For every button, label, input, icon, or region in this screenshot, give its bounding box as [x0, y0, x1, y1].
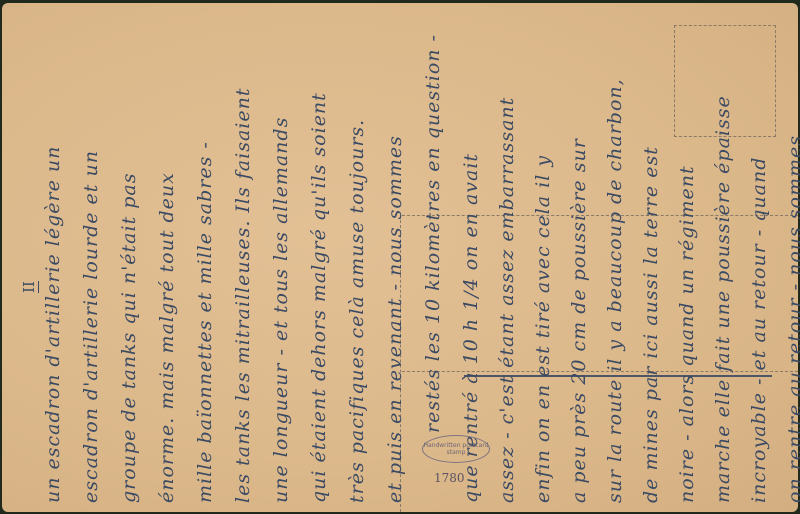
- text-line: incroyable - et au retour - quand: [748, 157, 770, 503]
- text-line: et puis en revenant - nous sommes: [384, 135, 406, 503]
- text-line: enfin on en est tiré avec cela il y: [532, 155, 554, 503]
- text-line: a peu près 20 cm de poussière sur: [568, 138, 590, 503]
- text-line: noire - alors quand un régiment: [676, 165, 698, 503]
- text-line: escadron d'artillerie lourde et un: [80, 150, 102, 503]
- text-line: mille baïonnettes et mille sabres -: [194, 141, 216, 503]
- page-numeral: II: [20, 281, 39, 293]
- ink-stamp: Handwritten postcard stamp: [422, 435, 490, 463]
- text-line: un escadron d'artillerie légère un: [42, 146, 64, 503]
- text-line: assez - c'est étant assez embarrassant: [496, 97, 518, 503]
- stamp-code: 1780: [434, 471, 465, 485]
- text-line: de mines par ici aussi la terre est: [640, 146, 662, 503]
- text-line: une longueur - et tous les allemands: [270, 117, 292, 503]
- text-line: très pacifiques celà amuse toujours.: [346, 119, 368, 503]
- text-line: restés les 10 kilomètres en question -: [422, 34, 444, 433]
- text-line: marche elle fait une poussière épaisse: [712, 95, 734, 503]
- text-line: qui étaient dehors malgré qu'ils soient: [308, 92, 330, 503]
- stamp-text: Handwritten postcard stamp: [423, 442, 489, 456]
- text-line: sur la route il y a beaucoup de charbon,: [604, 78, 626, 503]
- postcard: II un escadron d'artillerie légère un es…: [2, 3, 798, 512]
- text-line: groupe de tanks qui n'était pas: [118, 173, 140, 504]
- text-line: les tanks les mitrailleuses. Ils faisaie…: [232, 88, 254, 503]
- text-line: on rentre au retour - nous sommes: [784, 135, 800, 503]
- text-line: énorme. mais malgré tout deux: [156, 172, 178, 503]
